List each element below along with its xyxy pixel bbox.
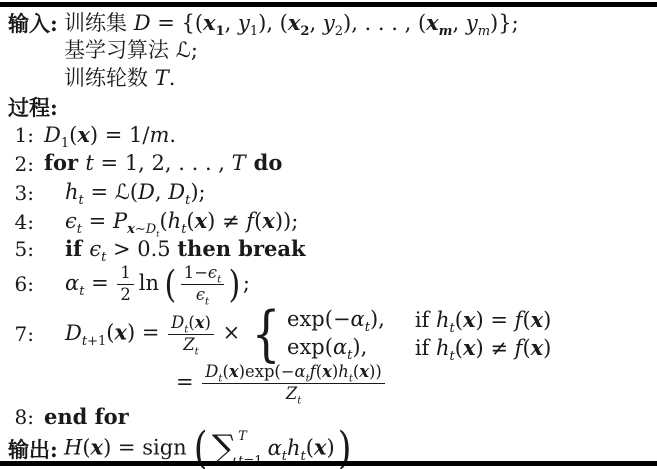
step-math: if ϵt > 0.5 then break	[65, 237, 306, 261]
input-label: 输入:	[8, 8, 56, 38]
step-number: 2:	[8, 152, 34, 176]
process-row: 过程:	[8, 93, 655, 121]
step-number: 5:	[8, 237, 34, 261]
algo-step-1: 1: D1(x) = 1/m.	[8, 121, 655, 149]
input-row-2: 基学习算法 ℒ;	[8, 37, 655, 65]
algo-step-7: 7: Dt+1(x) = Dt(x)Zt × {exp(−αt),if ht(x…	[8, 306, 655, 362]
input-line-1: 训练集 D = {(x1, y1), (x2, y2), . . . , (xm…	[64, 11, 519, 35]
algo-step-6: 6: αt = 12ln(1−ϵtϵt);	[8, 262, 655, 306]
bottom-rule	[0, 461, 657, 466]
input-line-3: 训练轮数 T.	[64, 67, 175, 90]
input-row: 输入: 训练集 D = {(x1, y1), (x2, y2), . . . ,…	[8, 9, 655, 37]
step-math: end for	[44, 405, 129, 429]
step-math: = Dt(x)exp(−αtf(x)ht(x))Zt	[176, 363, 387, 404]
input-row-3: 训练轮数 T.	[8, 65, 655, 93]
input-line-2: 基学习算法 ℒ;	[64, 39, 198, 62]
step-number: 6:	[8, 272, 34, 296]
algorithm-figure: 输入: 训练集 D = {(x1, y1), (x2, y2), . . . ,…	[0, 0, 657, 469]
step-number: 7:	[8, 322, 34, 346]
step-math: αt = 12ln(1−ϵtϵt);	[65, 264, 250, 305]
step-math: Dt+1(x) = Dt(x)Zt × {exp(−αt),if ht(x) =…	[65, 308, 551, 360]
process-label: 过程:	[8, 92, 58, 122]
step-math: ϵt = Px∼Dt(ht(x) ≠ f(x));	[65, 209, 298, 235]
step-math: D1(x) = 1/m.	[44, 123, 176, 147]
algo-step-2: 2: for t = 1, 2, . . . , Tdo	[8, 149, 655, 178]
algorithm-body: 输入: 训练集 D = {(x1, y1), (x2, y2), . . . ,…	[8, 9, 655, 468]
step-math: ht = ℒ(D, Dt);	[65, 181, 206, 204]
algo-step-7-continued: = Dt(x)exp(−αtf(x)ht(x))Zt	[8, 362, 655, 404]
step-math: for t = 1, 2, . . . , Tdo	[44, 151, 282, 175]
top-rule	[0, 2, 657, 7]
algo-step-4: 4: ϵt = Px∼Dt(ht(x) ≠ f(x));	[8, 207, 655, 236]
algo-step-5: 5: if ϵt > 0.5 then break	[8, 236, 655, 262]
step-number: 8:	[8, 405, 34, 429]
step-number: 3:	[8, 181, 34, 205]
step-number: 4:	[8, 210, 34, 234]
step-number: 1:	[8, 123, 34, 147]
algo-step-3: 3: ht = ℒ(D, Dt);	[8, 178, 655, 207]
algo-step-8: 8: end for	[8, 404, 655, 430]
output-label: 输出:	[8, 434, 56, 464]
